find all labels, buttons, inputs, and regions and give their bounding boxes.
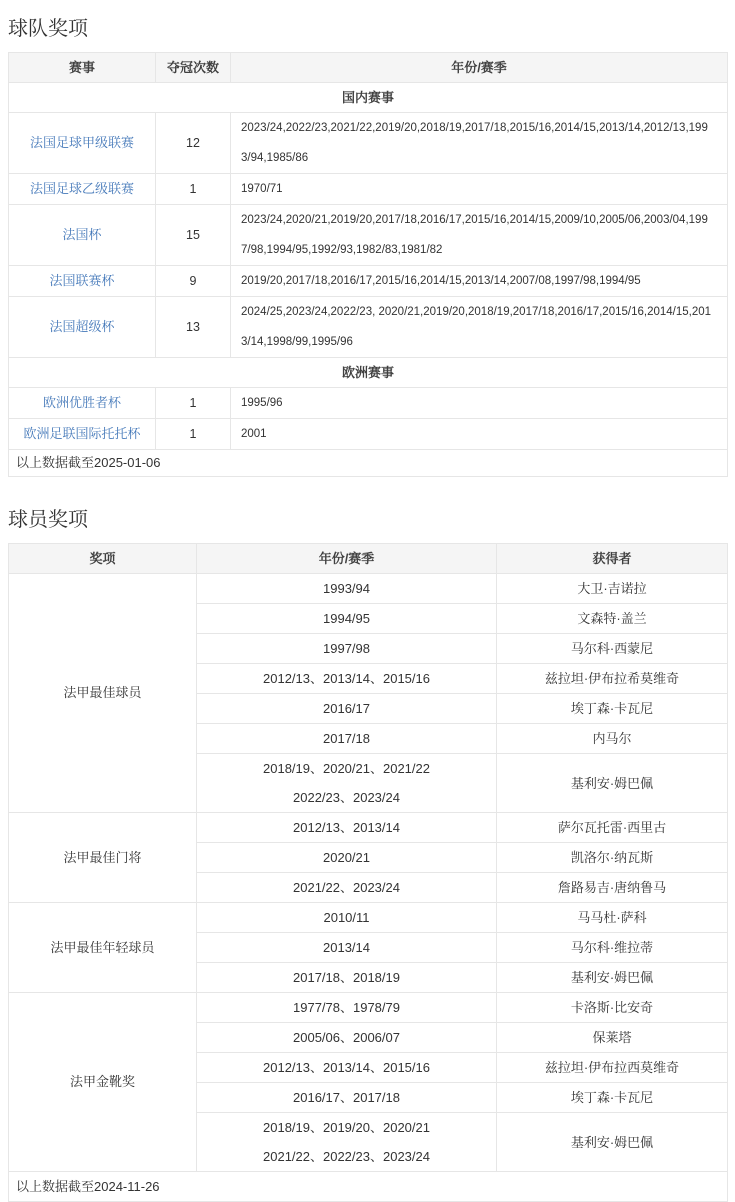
season-cell: 2010/11 xyxy=(197,903,497,933)
competition-link[interactable]: 法国足球甲级联赛 xyxy=(30,135,134,150)
competition-link[interactable]: 法国足球乙级联赛 xyxy=(30,181,134,196)
season-cell: 1994/95 xyxy=(197,604,497,634)
award-group-label: 法甲最佳门将 xyxy=(9,813,197,903)
recipient-cell: 凯洛尔·纳瓦斯 xyxy=(497,843,728,873)
player-awards-table: 奖项 年份/赛季 获得者 法甲最佳球员1993/94大卫·吉诺拉1994/95文… xyxy=(8,543,728,1202)
table-row: 欧洲优胜者杯11995/96 xyxy=(9,388,728,419)
table-row: 法国足球乙级联赛11970/71 xyxy=(9,174,728,205)
recipient-cell: 马尔科·西蒙尼 xyxy=(497,634,728,664)
season-cell: 2021/22、2023/24 xyxy=(197,873,497,903)
competition-link[interactable]: 法国联赛杯 xyxy=(49,273,114,288)
table-row: 法甲最佳年轻球员2010/11马马杜·萨科 xyxy=(9,903,728,933)
season-cell: 1993/94 xyxy=(197,574,497,604)
player-awards-title: 球员奖项 xyxy=(8,501,727,532)
competition-cell: 法国足球甲级联赛 xyxy=(9,113,156,174)
years-cell: 1995/96 xyxy=(231,388,728,419)
footnote-row: 以上数据截至2025-01-06 xyxy=(9,450,728,477)
competition-link[interactable]: 法国杯 xyxy=(62,227,101,242)
season-cell: 2017/18 xyxy=(197,724,497,754)
competition-cell: 法国足球乙级联赛 xyxy=(9,174,156,205)
recipient-cell: 内马尔 xyxy=(497,724,728,754)
player-awards-header: 奖项 年份/赛季 获得者 xyxy=(9,544,728,574)
column-header-competition: 赛事 xyxy=(9,53,156,83)
win-count: 13 xyxy=(156,297,231,358)
recipient-cell: 卡洛斯·比安奇 xyxy=(497,993,728,1023)
recipient-cell: 基利安·姆巴佩 xyxy=(497,963,728,993)
recipient-cell: 兹拉坦·伊布拉希莫维奇 xyxy=(497,664,728,694)
competition-cell: 欧洲优胜者杯 xyxy=(9,388,156,419)
recipient-cell: 基利安·姆巴佩 xyxy=(497,1113,728,1172)
section-row: 国内赛事 xyxy=(9,83,728,113)
column-header-years: 年份/赛季 xyxy=(231,53,728,83)
win-count: 15 xyxy=(156,205,231,266)
section-header: 国内赛事 xyxy=(9,83,728,113)
player-awards-footnote: 以上数据截至2024-11-26 xyxy=(9,1172,728,1202)
season-cell: 1977/78、1978/79 xyxy=(197,993,497,1023)
team-awards-table: 赛事 夺冠次数 年份/赛季 国内赛事法国足球甲级联赛122023/24,2022… xyxy=(8,52,728,477)
award-group-label: 法甲金靴奖 xyxy=(9,993,197,1172)
years-cell: 2019/20,2017/18,2016/17,2015/16,2014/15,… xyxy=(231,266,728,297)
column-header-season: 年份/赛季 xyxy=(197,544,497,574)
win-count: 12 xyxy=(156,113,231,174)
table-row: 法国足球甲级联赛122023/24,2022/23,2021/22,2019/2… xyxy=(9,113,728,174)
recipient-cell: 基利安·姆巴佩 xyxy=(497,754,728,813)
recipient-cell: 保莱塔 xyxy=(497,1023,728,1053)
recipient-cell: 埃丁森·卡瓦尼 xyxy=(497,1083,728,1113)
recipient-cell: 萨尔瓦托雷·西里古 xyxy=(497,813,728,843)
recipient-cell: 詹路易吉·唐纳鲁马 xyxy=(497,873,728,903)
competition-link[interactable]: 欧洲优胜者杯 xyxy=(43,395,121,410)
section-row: 欧洲赛事 xyxy=(9,358,728,388)
competition-link[interactable]: 法国超级杯 xyxy=(49,319,114,334)
season-cell: 2012/13、2013/14、2015/16 xyxy=(197,1053,497,1083)
table-row: 法甲最佳球员1993/94大卫·吉诺拉 xyxy=(9,574,728,604)
table-row: 法国超级杯132024/25,2023/24,2022/23, 2020/21,… xyxy=(9,297,728,358)
team-awards-footnote: 以上数据截至2025-01-06 xyxy=(9,450,728,477)
competition-cell: 法国超级杯 xyxy=(9,297,156,358)
season-cell: 2016/17、2017/18 xyxy=(197,1083,497,1113)
win-count: 1 xyxy=(156,174,231,205)
award-group-label: 法甲最佳球员 xyxy=(9,574,197,813)
table-row: 法国杯152023/24,2020/21,2019/20,2017/18,201… xyxy=(9,205,728,266)
section-header: 欧洲赛事 xyxy=(9,358,728,388)
years-cell: 2024/25,2023/24,2022/23, 2020/21,2019/20… xyxy=(231,297,728,358)
years-cell: 2001 xyxy=(231,419,728,450)
win-count: 1 xyxy=(156,388,231,419)
season-cell: 2005/06、2006/07 xyxy=(197,1023,497,1053)
recipient-cell: 马马杜·萨科 xyxy=(497,903,728,933)
table-row: 法国联赛杯92019/20,2017/18,2016/17,2015/16,20… xyxy=(9,266,728,297)
season-cell: 2020/21 xyxy=(197,843,497,873)
competition-link[interactable]: 欧洲足联国际托托杯 xyxy=(23,426,140,441)
season-cell: 1997/98 xyxy=(197,634,497,664)
table-row: 欧洲足联国际托托杯12001 xyxy=(9,419,728,450)
season-cell: 2018/19、2019/20、2020/21 2021/22、2022/23、… xyxy=(197,1113,497,1172)
competition-cell: 欧洲足联国际托托杯 xyxy=(9,419,156,450)
season-cell: 2012/13、2013/14 xyxy=(197,813,497,843)
years-cell: 1970/71 xyxy=(231,174,728,205)
season-cell: 2012/13、2013/14、2015/16 xyxy=(197,664,497,694)
competition-cell: 法国杯 xyxy=(9,205,156,266)
competition-cell: 法国联赛杯 xyxy=(9,266,156,297)
page-content: 球队奖项 赛事 夺冠次数 年份/赛季 国内赛事法国足球甲级联赛122023/24… xyxy=(0,10,735,1202)
season-cell: 2013/14 xyxy=(197,933,497,963)
win-count: 9 xyxy=(156,266,231,297)
award-group-label: 法甲最佳年轻球员 xyxy=(9,903,197,993)
years-cell: 2023/24,2022/23,2021/22,2019/20,2018/19,… xyxy=(231,113,728,174)
season-cell: 2016/17 xyxy=(197,694,497,724)
recipient-cell: 兹拉坦·伊布拉西莫维奇 xyxy=(497,1053,728,1083)
table-row: 法甲最佳门将2012/13、2013/14萨尔瓦托雷·西里古 xyxy=(9,813,728,843)
recipient-cell: 大卫·吉诺拉 xyxy=(497,574,728,604)
team-awards-title: 球队奖项 xyxy=(8,10,727,41)
column-header-win-count: 夺冠次数 xyxy=(156,53,231,83)
recipient-cell: 文森特·盖兰 xyxy=(497,604,728,634)
column-header-award: 奖项 xyxy=(9,544,197,574)
recipient-cell: 埃丁森·卡瓦尼 xyxy=(497,694,728,724)
season-cell: 2018/19、2020/21、2021/22 2022/23、2023/24 xyxy=(197,754,497,813)
recipient-cell: 马尔科·维拉蒂 xyxy=(497,933,728,963)
table-row: 法甲金靴奖1977/78、1978/79卡洛斯·比安奇 xyxy=(9,993,728,1023)
win-count: 1 xyxy=(156,419,231,450)
years-cell: 2023/24,2020/21,2019/20,2017/18,2016/17,… xyxy=(231,205,728,266)
team-awards-header: 赛事 夺冠次数 年份/赛季 xyxy=(9,53,728,83)
footnote-row: 以上数据截至2024-11-26 xyxy=(9,1172,728,1202)
season-cell: 2017/18、2018/19 xyxy=(197,963,497,993)
column-header-recipient: 获得者 xyxy=(497,544,728,574)
